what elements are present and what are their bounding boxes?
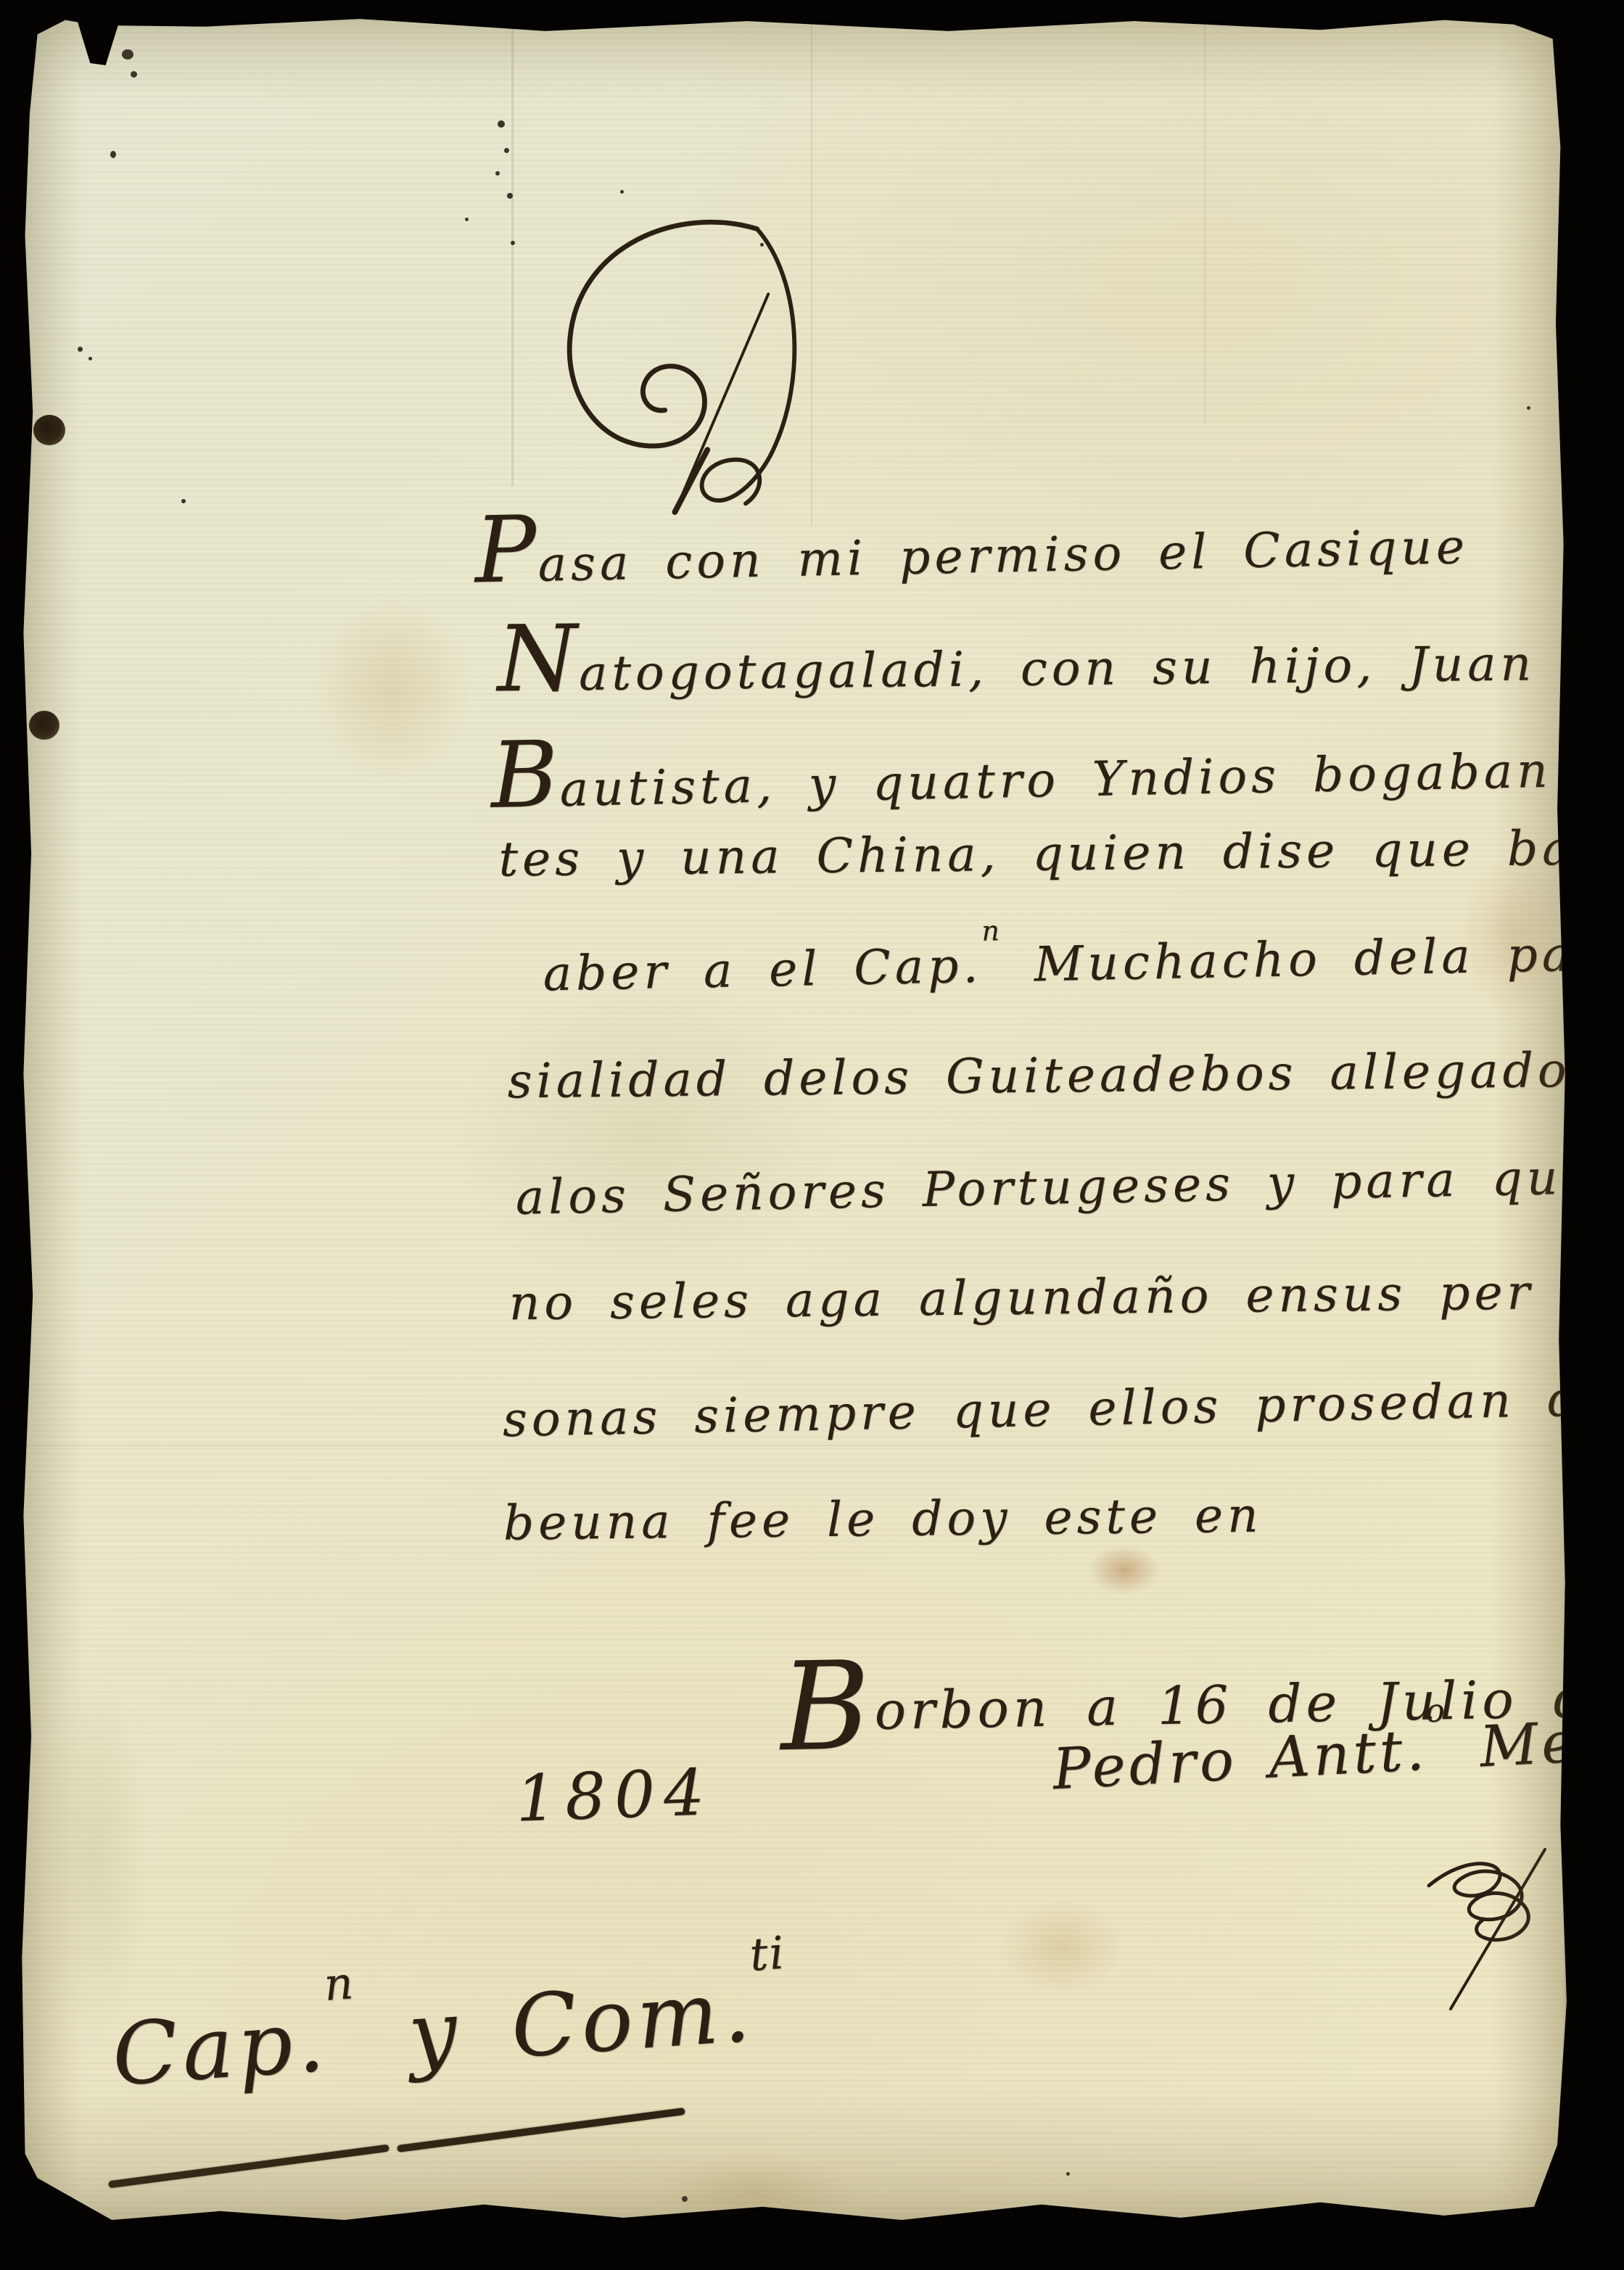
signature-rubric (1407, 1842, 1610, 2016)
manuscript-line: tes y una China, quien dise que ba (498, 820, 1575, 888)
manuscript-line: beuna fee le doy este en (503, 1487, 1262, 1552)
manuscript-line: alos Señores Portugeses y para que (515, 1148, 1595, 1226)
photo-background: Pasa con mi permiso el Casique Natogotag… (0, 0, 1624, 2270)
line-text: Muchacho dela par (1001, 925, 1602, 993)
letter-body: Pasa con mi permiso el Casique Natogotag… (11, 9, 1575, 2228)
line-text: aber a el Cap. (543, 938, 983, 1002)
manuscript-line: no seles aga algundaño ensus per (508, 1263, 1534, 1332)
dateline-initial: B (779, 1635, 875, 1778)
superscript-abbreviation: o (1425, 1692, 1447, 1730)
superscript-abbreviation: n (322, 1956, 356, 2011)
manuscript-line: Bautista, y quatro Yndios bogaban (490, 701, 1552, 830)
superscript-abbreviation: n (981, 915, 1001, 947)
closing-title-text: Cap. (109, 1990, 331, 2105)
manuscript-line: Natogotagaladi, con su hijo, Juan (497, 593, 1536, 714)
manuscript-line: aber a el Cap.n Muchacho dela par (543, 925, 1602, 1002)
superscript-abbreviation: ti (748, 1926, 787, 1981)
manuscript-line: Pasa con mi permiso el Casique (474, 476, 1470, 605)
manuscript-line: sonas siempre que ellos prosedan de (502, 1370, 1616, 1449)
signature-text: Mera (1446, 1706, 1624, 1782)
year: 1804 (515, 1760, 714, 1831)
document-paper: Pasa con mi permiso el Casique Natogotag… (19, 15, 1568, 2222)
manuscript-line: sialidad delos Guiteadebos allegados (507, 1041, 1600, 1110)
